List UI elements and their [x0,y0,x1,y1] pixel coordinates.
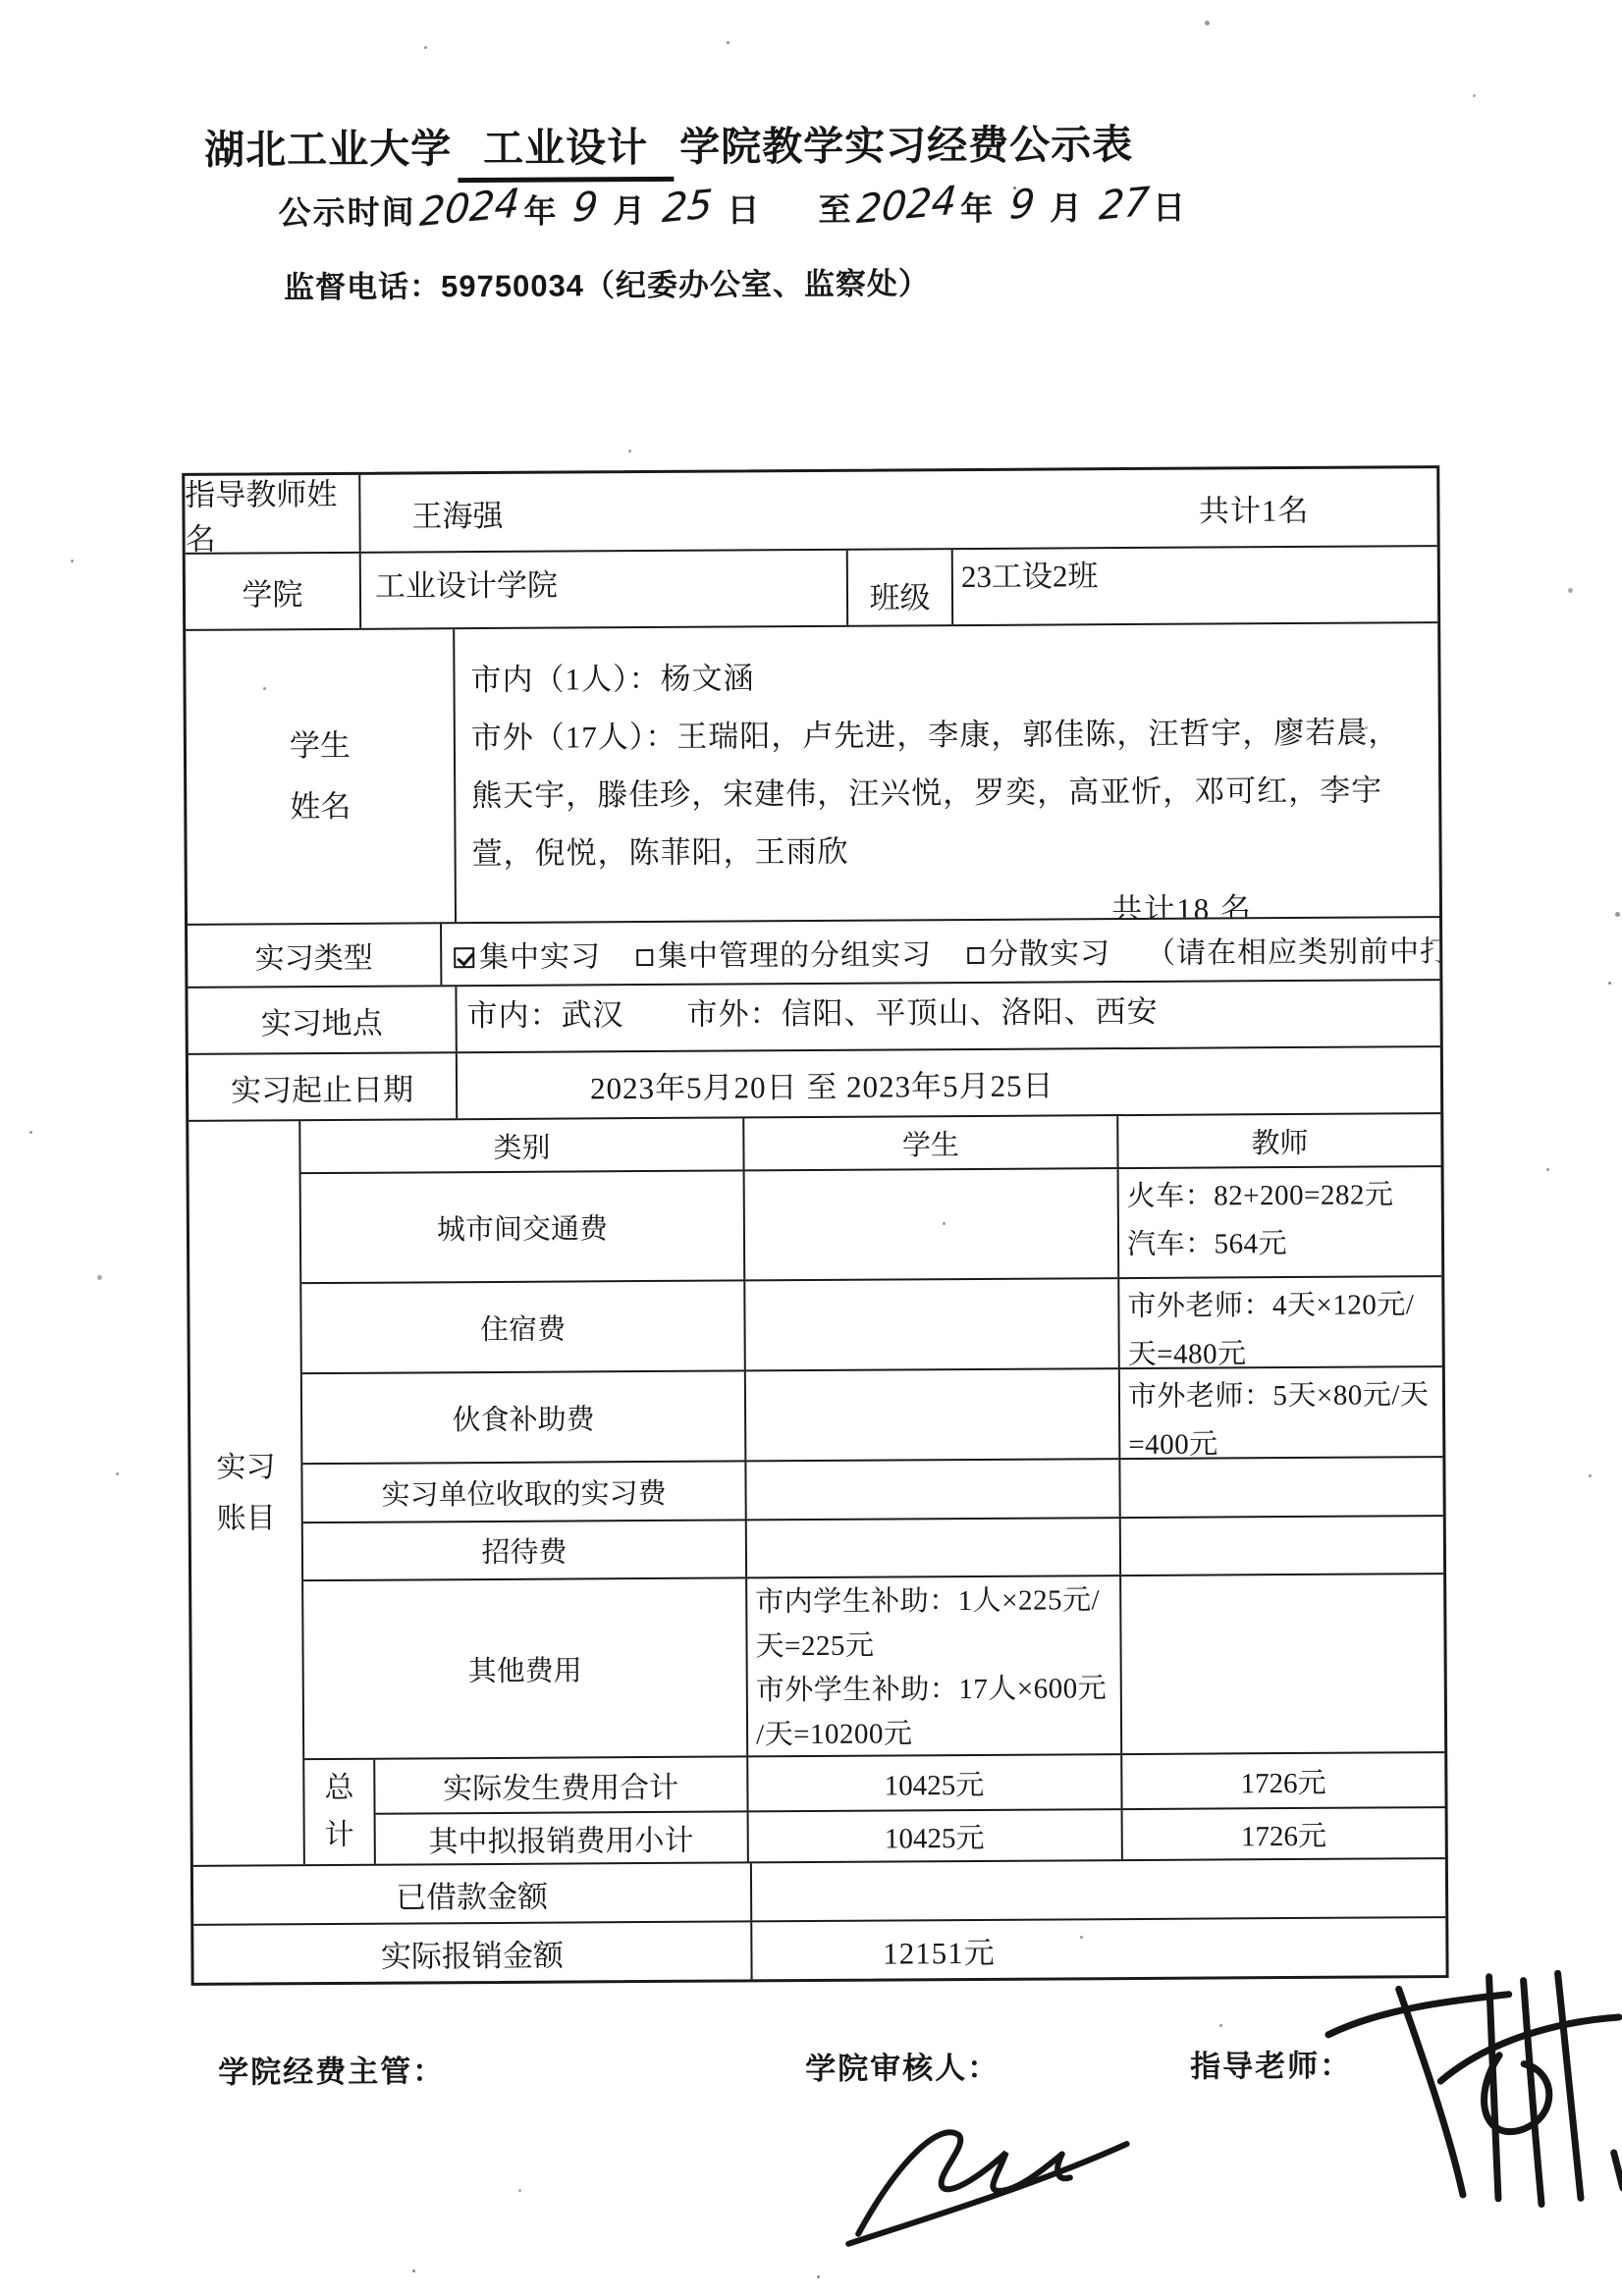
student-cell [745,1519,1119,1576]
dates-label-cell: 实习起止日期 [189,1053,456,1120]
reimbursed-label-cell: 实际报销金额 [193,1922,750,1982]
type-option-3-label: 分散实习 [989,937,1110,971]
students-label-cell: 学生 姓名 [186,629,455,924]
totals-side-label: 总 计 [304,1760,374,1864]
type-option-3: 分散实习 [967,929,1110,973]
expense-grid: 类别 学生 教师 城市间交通费 火车：82+200=282元 汽车：564元 住… [298,1114,1445,1864]
student-cell [743,1169,1118,1279]
month-unit: 月 [1050,189,1084,226]
teacher-cell: 火车：82+200=282元 汽车：564元 [1117,1167,1442,1277]
location-value-cell: 市内：武汉 市外：信阳、平顶山、洛阳、西安 [455,981,1439,1051]
totals-block: 总 计 实际发生费用合计 10425元 1726元 其中拟报销费用小计 1042… [304,1751,1445,1864]
student-cell [744,1369,1119,1460]
class-label-cell: 班级 [846,550,951,625]
title-university: 湖北工业大学 [204,126,452,173]
period-end-year-handwritten: 2024 [855,178,958,233]
title-suffix: 学院教学实习经费公示表 [679,122,1133,170]
type-note: （请在相应类别前中打√） [1146,927,1439,972]
totals-teacher-value: 1726元 [1120,1753,1445,1808]
day-unit: 日 [727,191,761,228]
totals-label: 实际发生费用合计 [375,1757,746,1812]
expense-row-lodging: 住宿费 市外老师：4天×120元/ 天=480元 [301,1275,1442,1372]
dates-row: 实习起止日期 2023年5月20日 至 2023年5月25日 [189,1045,1440,1120]
advisor-signature [1321,1960,1622,2213]
advisor-name: 王海强 [411,490,503,535]
expense-row-reception: 招待费 [303,1515,1443,1579]
students-count: 共计18 名 [472,879,1439,922]
expense-row-other: 其他费用 市内学生补助：1人×225元/ 天=225元 市外学生补助：17人×6… [303,1573,1444,1758]
reimbursed-amount-row: 实际报销金额 12151元 [193,1916,1445,1983]
totals-row-actual: 实际发生费用合计 10425元 1726元 [375,1753,1444,1813]
location-row: 实习地点 市内：武汉 市外：信阳、平顶山、洛阳、西安 [188,979,1439,1053]
type-option-1: 集中实习 [454,932,601,976]
college-value-cell: 工业设计学院 [359,551,846,628]
expense-header-row: 类别 学生 教师 [300,1114,1440,1172]
period-end-month-handwritten: 9 [1008,181,1037,229]
advisor-row: 指导教师姓名 王海强 共计1名 [185,468,1436,553]
publicity-period-line: 公示时间2024年 9 月 25 日至2024年 9 月 27日 [278,183,1187,235]
check-mark-icon [457,948,474,967]
expense-row-meals: 伙食补助费 市外老师：5天×80元/天 =400元 [302,1365,1443,1463]
teacher-cell [1118,1458,1442,1517]
totals-teacher-value: 1726元 [1120,1808,1445,1859]
period-start-month-handwritten: 9 [571,184,600,232]
title-college-underlined: 工业设计 [458,115,674,183]
totals-label: 其中拟报销费用小计 [376,1812,747,1863]
location-label-cell: 实习地点 [188,987,455,1053]
college-label-cell: 学院 [186,554,359,629]
year-unit: 年 [960,190,995,227]
type-options-cell: 集中实习 集中管理的分组实习 分散实习 （请在相应类别前中打√） [440,918,1440,985]
category-cell: 其他费用 [303,1578,746,1758]
manager-signature-label: 学院经费主管： [218,2046,445,2091]
totals-student-value: 10425元 [746,1755,1120,1810]
category-cell: 住宿费 [301,1281,744,1372]
col-header-teacher: 教师 [1116,1114,1440,1167]
page-title: 湖北工业大学工业设计学院教学实习经费公示表 [204,112,1133,185]
advisor-label-cell: 指导教师姓名 [185,475,358,553]
college-row: 学院 工业设计学院 班级 23工设2班 [186,545,1437,629]
student-cell: 市内学生补助：1人×225元/ 天=225元 市外学生补助：17人×600元 /… [745,1576,1120,1755]
checkbox-empty-icon [967,947,984,964]
students-names-cell: 市内（1人）：杨文涵 市外（17人）：王瑞阳，卢先进，李康，郭佳陈，汪哲宇，廖若… [453,623,1439,922]
class-value-cell: 23工设2班 [951,547,1437,624]
students-line: 市外（17人）：王瑞阳，卢先进，李康，郭佳陈，汪哲宇，廖若晨， [471,703,1438,767]
period-start-year-handwritten: 2024 [418,181,521,236]
advisor-count: 共计1名 [1199,485,1310,530]
teacher-cell [1119,1517,1443,1575]
day-unit: 日 [1153,189,1187,226]
period-end-day-handwritten: 27 [1097,179,1150,229]
teacher-cell: 市外老师：5天×80元/天 =400元 [1118,1367,1443,1458]
type-option-1-label: 集中实习 [479,940,601,974]
students-line: 萱，倪悦，陈菲阳，王雨欣 [471,819,1438,882]
borrowed-amount-row: 已借款金额 [193,1857,1445,1924]
col-header-category: 类别 [300,1118,742,1172]
period-label: 公示时间 [278,193,415,231]
teacher-cell [1119,1575,1444,1753]
students-line: 市内（1人）：杨文涵 [470,645,1437,709]
checkbox-empty-icon [636,949,653,966]
students-row: 学生 姓名 市内（1人）：杨文涵 市外（17人）：王瑞阳，卢先进，李康，郭佳陈，… [186,621,1439,924]
scan-content: 湖北工业大学工业设计学院教学实习经费公示表 公示时间2024年 9 月 25 日… [0,0,1622,2296]
checkbox-checked-icon [454,947,474,968]
teacher-cell: 市外老师：4天×120元/ 天=480元 [1117,1277,1442,1367]
type-option-2-label: 集中管理的分组实习 [658,938,932,973]
type-label-cell: 实习类型 [188,924,440,987]
expense-row-unit-fee: 实习单位收取的实习费 [302,1456,1442,1522]
period-start-day-handwritten: 25 [661,182,714,232]
year-unit: 年 [523,193,558,230]
category-cell: 伙食补助费 [302,1371,745,1463]
reviewer-signature-label: 学院审核人： [805,2043,1000,2088]
category-cell: 招待费 [303,1521,745,1579]
expense-side-label: 实习 账目 [189,1121,303,1865]
period-to: 至 [818,191,852,228]
students-line: 熊天宇，滕佳珍，宋建伟，汪兴悦，罗奕，高亚忻，邓可红，李宇 [471,761,1438,825]
expense-block: 实习 账目 类别 学生 教师 城市间交通费 火车：82+200=282元 汽车：… [189,1112,1445,1865]
borrowed-value [752,1890,1125,1892]
totals-rows: 实际发生费用合计 10425元 1726元 其中拟报销费用小计 10425元 1… [373,1753,1445,1864]
category-cell: 城市间交通费 [301,1171,744,1282]
student-cell [743,1279,1118,1369]
internship-type-row: 实习类型 集中实习 集中管理的分组实习 分散实习 （请在相应类别前中打√） [188,916,1439,987]
scanned-form-page: 湖北工业大学工业设计学院教学实习经费公示表 公示时间2024年 9 月 25 日… [0,0,1622,2296]
borrowed-label-cell: 已借款金额 [193,1863,750,1923]
dates-value-cell: 2023年5月20日 至 2023年5月25日 [456,1047,1440,1118]
totals-row-reimbursable: 其中拟报销费用小计 10425元 1726元 [376,1806,1445,1864]
col-header-student: 学生 [742,1116,1116,1169]
totals-student-value: 10425元 [746,1810,1120,1861]
type-option-2: 集中管理的分组实习 [636,930,932,975]
supervision-hotline: 监督电话：59750034（纪委办公室、监察处） [284,258,930,306]
category-cell: 实习单位收取的实习费 [302,1462,744,1522]
internship-funds-table: 指导教师姓名 王海强 共计1名 学院 工业设计学院 班级 23工设2班 学生 姓… [182,465,1448,1986]
expense-row-traffic: 城市间交通费 火车：82+200=282元 汽车：564元 [301,1165,1442,1282]
reviewer-signature [830,2087,1145,2261]
borrowed-value-cell [750,1859,1445,1920]
scan-noise-dots [0,0,3,3]
advisor-value-cell: 王海强 共计1名 [358,468,1436,552]
reimbursed-value: 12151元 [752,1927,1125,1973]
dates-value: 2023年5月20日 至 2023年5月25日 [590,1060,1054,1107]
student-cell [744,1460,1118,1519]
month-unit: 月 [613,192,647,229]
